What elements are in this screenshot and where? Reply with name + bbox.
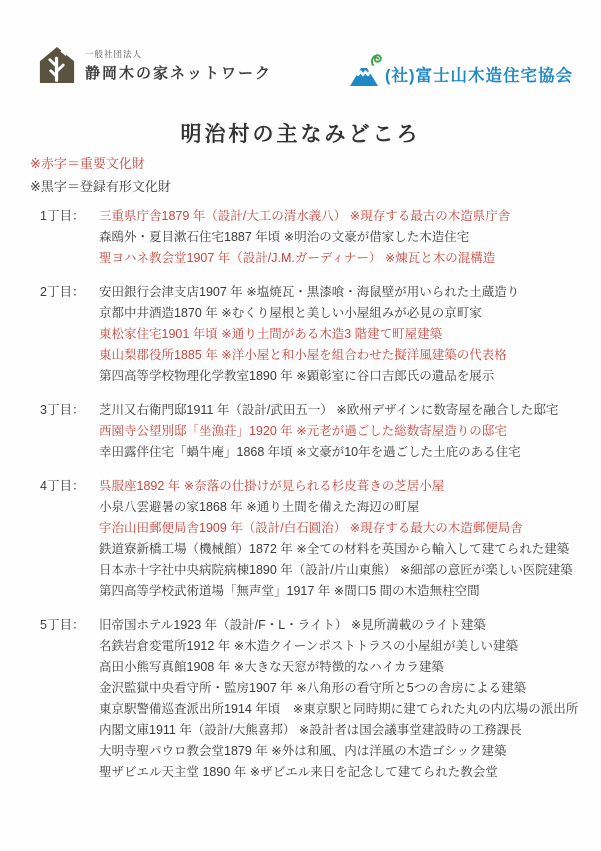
page-title: 明治村の主なみどころ	[0, 118, 601, 148]
building-entry: 東松家住宅1901 年頃 ※通り土間がある木造3 階建て町屋建築	[99, 324, 593, 345]
building-entry: 安田銀行会津支店1907 年 ※塩焼瓦・黒漆喰・海鼠壁が用いられた土蔵造り	[99, 282, 593, 303]
legend-red-note: ※赤字＝重要文化財	[30, 153, 171, 176]
left-logo-org-type: 一般社団法人	[85, 48, 272, 60]
building-entry: 名鉄岩倉変電所1912 年 ※木造クイーンポストトラスの小屋組が美しい建築	[99, 636, 593, 657]
building-entry: 聖ザビエル天主堂 1890 年 ※ザビエル来日を記念して建てられた教会堂	[99, 762, 593, 783]
building-entry: 高田小熊写真館1908 年 ※大きな天窓が特徴的なハイカラ建築	[99, 657, 593, 678]
building-entry: 宇治山田郵便局舎1909 年（設計/白石圓治） ※現存する最大の木造郵便局舎	[99, 518, 593, 539]
building-entry: 日本赤十字社中央病院病棟1890 年（設計/片山東熊） ※細部の意匠が楽しい医院…	[99, 560, 593, 581]
building-entry: 第四高等学校物理化学教室1890 年 ※顕彰室に谷口吉郎氏の遺品を展示	[99, 366, 593, 387]
right-logo-name: (社)富士山木造住宅協会	[385, 62, 573, 86]
building-entry: 東山梨郡役所1885 年 ※洋小屋と和小屋を組合わせた擬洋風建築の代表格	[99, 345, 593, 366]
district-label: 5丁目：	[40, 615, 99, 783]
building-entry: 東京駅警備巡査派出所1914 年頃 ※東京駅と同時期に建てられた丸の内広場の派出…	[99, 699, 593, 720]
district-items: 呉服座1892 年 ※奈落の仕掛けが見られる杉皮葺きの芝居小屋小泉八雲避暑の家1…	[99, 476, 593, 602]
shizuoka-wood-network-logo: 一般社団法人 静岡木の家ネットワーク	[38, 46, 272, 84]
building-entry: 京都中井酒造1870 年 ※むくり屋根と美しい小屋組みが必見の京町家	[99, 303, 593, 324]
building-entry: 聖ヨハネ教会堂1907 年（設計/J.M.ガーディナー） ※煉瓦と木の混構造	[99, 248, 593, 269]
building-entry: 大明寺聖パウロ教会堂1879 年 ※外は和風、内は洋風の木造ゴシック建築	[99, 741, 593, 762]
building-entry: 第四高等学校武術道場「無声堂」1917 年 ※間口5 間の木造無柱空間	[99, 581, 593, 602]
building-entry: 旧帝国ホテル1923 年（設計/F・L・ライト） ※見所満載のライト建築	[99, 615, 593, 636]
building-entry: 森鴎外・夏目漱石住宅1887 年頃 ※明治の文豪が借家した木造住宅	[99, 227, 593, 248]
building-entry: 芝川又右衛門邸1911 年（設計/武田五一） ※欧州デザインに数寄屋を融合した邸…	[99, 400, 593, 421]
fujisan-wood-housing-logo: (社)富士山木造住宅協会	[349, 46, 573, 86]
building-entry: 金沢監獄中央看守所・監房1907 年 ※八角形の看守所と5つの舎房による建築	[99, 678, 593, 699]
left-logo-name: 静岡木の家ネットワーク	[85, 62, 272, 83]
building-entry: 幸田露伴住宅「蝸牛庵」1868 年頃 ※文豪が10年を過ごした土庇のある住宅	[99, 442, 593, 463]
district-section: 3丁目： 芝川又右衛門邸1911 年（設計/武田五一） ※欧州デザインに数寄屋を…	[40, 400, 593, 463]
building-entry: 内閣文庫1911 年（設計/大熊喜邦） ※設計者は国会議事堂建設時の工務課長	[99, 720, 593, 741]
district-label: 4丁目：	[40, 476, 99, 602]
scanned-document-page: 一般社団法人 静岡木の家ネットワーク (社)富士山木造住宅協会 明治村の主なみど…	[0, 0, 601, 851]
district-label: 2丁目：	[40, 282, 99, 387]
sections-list: 1丁目： 三重県庁舎1879 年（設計/大工の清水義八） ※現存する最古の木造県…	[40, 206, 593, 796]
district-items: 芝川又右衛門邸1911 年（設計/武田五一） ※欧州デザインに数寄屋を融合した邸…	[99, 400, 593, 463]
house-tree-icon	[38, 46, 76, 84]
building-entry: 小泉八雲避暑の家1868 年 ※通り土間を備えた海辺の町屋	[99, 497, 593, 518]
building-entry: 三重県庁舎1879 年（設計/大工の清水義八） ※現存する最古の木造県庁舎	[99, 206, 593, 227]
building-entry: 鉄道寮新橋工場（機械館）1872 年 ※全ての材料を英国から輸入して建てられた建…	[99, 539, 593, 560]
district-items: 安田銀行会津支店1907 年 ※塩焼瓦・黒漆喰・海鼠壁が用いられた土蔵造り京都中…	[99, 282, 593, 387]
district-section: 5丁目： 旧帝国ホテル1923 年（設計/F・L・ライト） ※見所満載のライト建…	[40, 615, 593, 783]
left-logo-text: 一般社団法人 静岡木の家ネットワーク	[85, 46, 272, 83]
building-entry: 呉服座1892 年 ※奈落の仕掛けが見られる杉皮葺きの芝居小屋	[99, 476, 593, 497]
legend: ※赤字＝重要文化財 ※黒字＝登録有形文化財	[30, 153, 171, 198]
mount-fuji-sprout-icon	[349, 53, 383, 89]
legend-black-note: ※黒字＝登録有形文化財	[30, 176, 171, 199]
district-label: 3丁目：	[40, 400, 99, 463]
building-entry: 西園寺公望別邸「坐漁荘」1920 年 ※元老が過ごした総数寄屋造りの邸宅	[99, 421, 593, 442]
district-section: 1丁目： 三重県庁舎1879 年（設計/大工の清水義八） ※現存する最古の木造県…	[40, 206, 593, 269]
masthead: 一般社団法人 静岡木の家ネットワーク (社)富士山木造住宅協会	[38, 46, 573, 86]
district-section: 4丁目： 呉服座1892 年 ※奈落の仕掛けが見られる杉皮葺きの芝居小屋小泉八雲…	[40, 476, 593, 602]
district-label: 1丁目：	[40, 206, 99, 269]
district-section: 2丁目： 安田銀行会津支店1907 年 ※塩焼瓦・黒漆喰・海鼠壁が用いられた土蔵…	[40, 282, 593, 387]
district-items: 旧帝国ホテル1923 年（設計/F・L・ライト） ※見所満載のライト建築名鉄岩倉…	[99, 615, 593, 783]
district-items: 三重県庁舎1879 年（設計/大工の清水義八） ※現存する最古の木造県庁舎森鴎外…	[99, 206, 593, 269]
